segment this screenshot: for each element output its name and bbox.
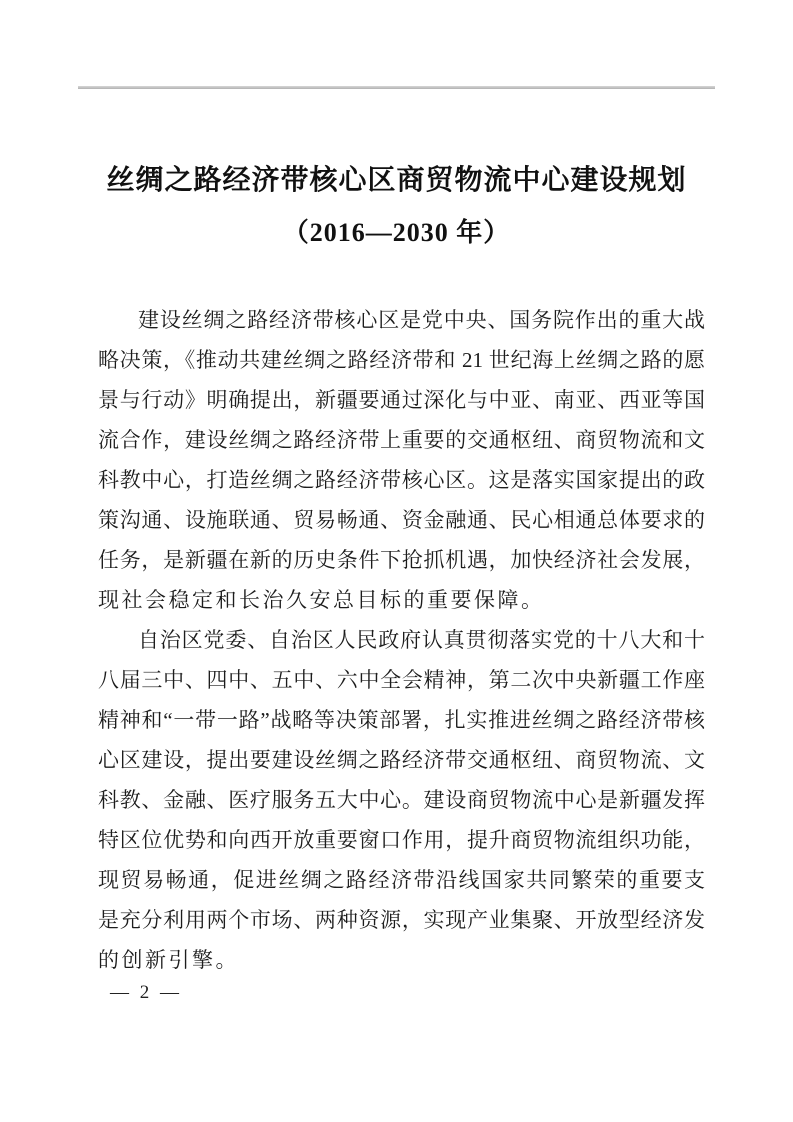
- text-line: 略决策，《推动共建丝绸之路经济带和 21 世纪海上丝绸之路的愿: [98, 340, 705, 380]
- document-page: 丝绸之路经济带核心区商贸物流中心建设规划 （2016—2030 年） 建设丝绸之…: [0, 0, 793, 1122]
- text-line: 八届三中、四中、五中、六中全会精神，第二次中央新疆工作座谈会: [98, 660, 705, 700]
- text-line: 心区建设，提出要建设丝绸之路经济带交通枢纽、商贸物流、文化: [98, 740, 705, 780]
- text-line: 特区位优势和向西开放重要窗口作用，提升商贸物流组织功能，实: [98, 820, 705, 860]
- text-line: 自治区党委、自治区人民政府认真贯彻落实党的十八大和十: [98, 620, 705, 660]
- text-line: 景与行动》明确提出，新疆要通过深化与中亚、南亚、西亚等国家交: [98, 380, 705, 420]
- paragraph-2: 自治区党委、自治区人民政府认真贯彻落实党的十八大和十 八届三中、四中、五中、六中…: [98, 620, 705, 980]
- text-line: 是充分利用两个市场、两种资源，实现产业集聚、开放型经济发展: [98, 900, 705, 940]
- page-number: — 2 —: [98, 979, 182, 1007]
- text-line: 策沟通、设施联通、贸易畅通、资金融通、民心相通总体要求的重要: [98, 500, 705, 540]
- text-line: 精神和“一带一路”战略等决策部署，扎实推进丝绸之路经济带核: [98, 700, 705, 740]
- text-line: 科教中心，打造丝绸之路经济带核心区。这是落实国家提出的政: [98, 460, 705, 500]
- text-line: 科教、金融、医疗服务五大中心。建设商贸物流中心是新疆发挥独: [98, 780, 705, 820]
- document-subtitle: （2016—2030 年）: [78, 214, 715, 252]
- header-rule: [78, 86, 715, 89]
- text-line: 现社会稳定和长治久安总目标的重要保障。: [98, 580, 705, 620]
- text-line: 建设丝绸之路经济带核心区是党中央、国务院作出的重大战: [98, 300, 705, 340]
- text-line: 的创新引擎。: [98, 940, 705, 980]
- document-body: 建设丝绸之路经济带核心区是党中央、国务院作出的重大战 略决策，《推动共建丝绸之路…: [98, 300, 705, 980]
- text-line: 流合作，建设丝绸之路经济带上重要的交通枢纽、商贸物流和文化: [98, 420, 705, 460]
- text-line: 任务，是新疆在新的历史条件下抢抓机遇，加快经济社会发展，实: [98, 540, 705, 580]
- document-title: 丝绸之路经济带核心区商贸物流中心建设规划: [78, 161, 715, 201]
- text-line: 现贸易畅通，促进丝绸之路经济带沿线国家共同繁荣的重要支撑，: [98, 860, 705, 900]
- paragraph-1: 建设丝绸之路经济带核心区是党中央、国务院作出的重大战 略决策，《推动共建丝绸之路…: [98, 300, 705, 620]
